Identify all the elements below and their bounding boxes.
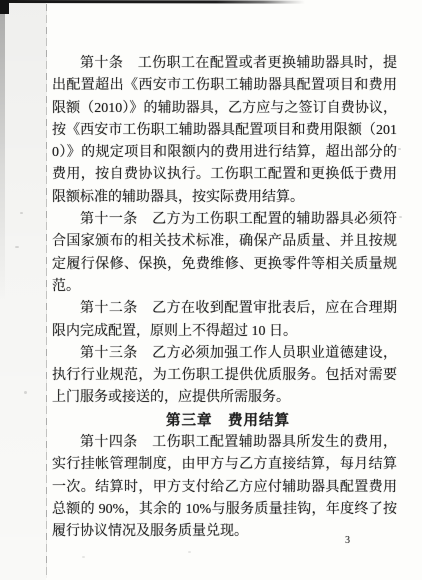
clause-10-paragraph: 第十条 工伤职工在配置或者更换辅助器具时，提出配置超出《西安市工伤职工辅助器具配…: [52, 53, 397, 209]
scan-left-edge-shadow: [0, 12, 5, 302]
scan-speck: [398, 148, 401, 150]
scan-speck: [20, 212, 23, 214]
document-body: 第十条 工伤职工在配置或者更换辅助器具时，提出配置超出《西安市工伤职工辅助器具配…: [52, 53, 397, 544]
clause-14-paragraph: 第十四条 工伤职工配置辅助器具所发生的费用，实行挂帐管理制度，由甲方与乙方直接结…: [52, 432, 397, 543]
scanned-document-page: 第十条 工伤职工在配置或者更换辅助器具时，提出配置超出《西安市工伤职工辅助器具配…: [0, 0, 422, 580]
page-number: 3: [345, 535, 350, 546]
scan-speck: [82, 556, 85, 558]
scan-speck: [15, 246, 19, 248]
scan-corner-block-artifact: [0, 0, 9, 14]
scan-top-edge-line-artifact: [9, 0, 305, 4]
chapter-3-heading: 第三章 费用结算: [41, 410, 386, 432]
scan-speck: [24, 391, 27, 394]
scan-speck: [58, 389, 61, 391]
scan-speck: [399, 216, 402, 218]
clause-12-paragraph: 第十二条 乙方在收到配置审批表后，应在合理期限内完成配置，原则上不得超过 10 …: [52, 298, 397, 343]
scan-left-margin-band: [0, 0, 46, 580]
binding-crease-line: [46, 4, 47, 578]
clause-11-paragraph: 第十一条 乙方为工伤职工配置的辅助器具必须符合国家颁布的相关技术标准，确保产品质…: [52, 209, 397, 298]
scan-speck: [100, 393, 103, 395]
scan-speck: [188, 551, 191, 553]
clause-13-paragraph: 第十三条 乙方必须加强工作人员职业道德建设，执行行业规范，为工伤职工提供优质服务…: [52, 343, 397, 410]
